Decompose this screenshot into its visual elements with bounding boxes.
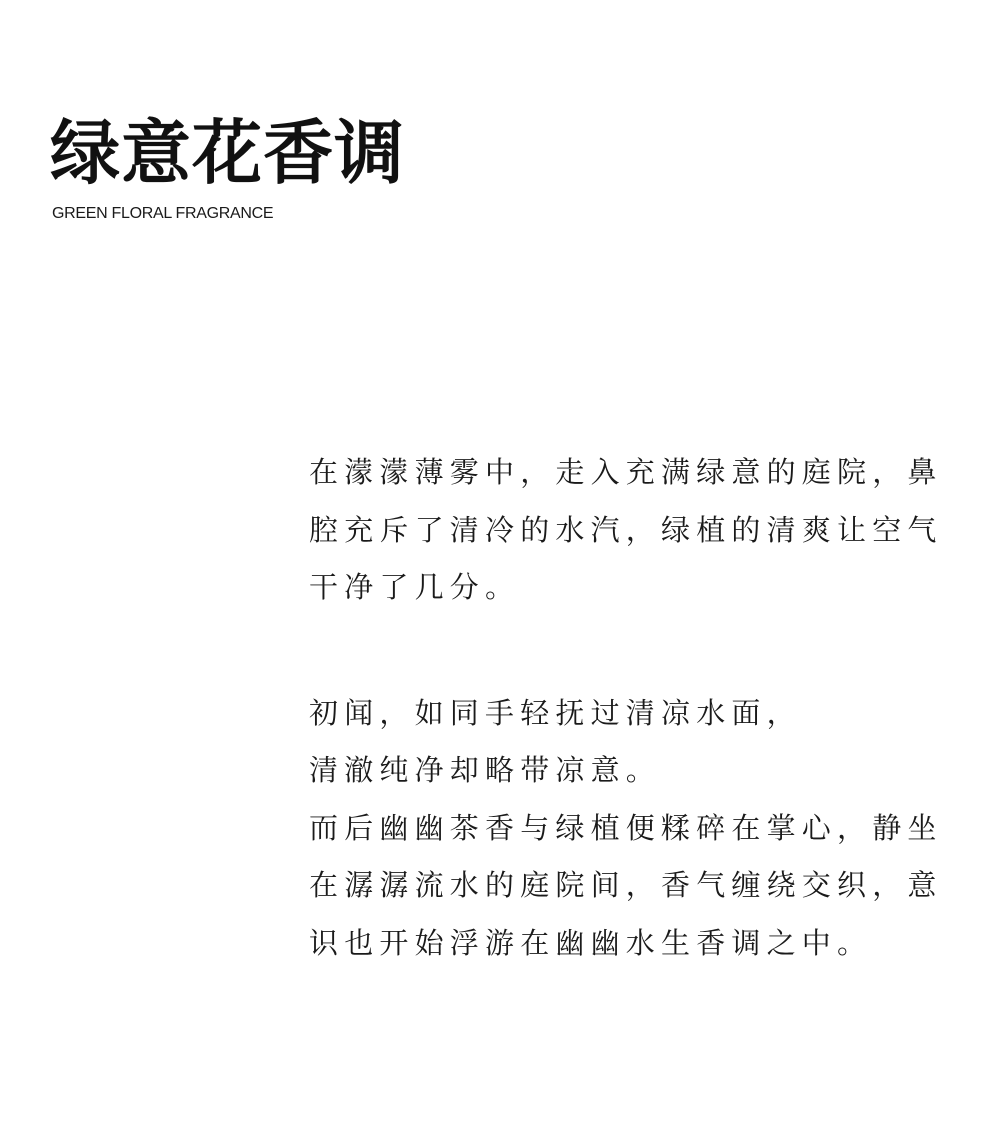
text-line: 腔充斥了清冷的水汽，绿植的清爽让空气 [309,502,949,560]
description-paragraph-2: 初闻，如同手轻抚过清凉水面， 清澈纯净却略带凉意。 而后幽幽茶香与绿植便糅碎在掌… [309,685,949,973]
description-body: 在濛濛薄雾中，走入充满绿意的庭院，鼻 腔充斥了清冷的水汽，绿植的清爽让空气 干净… [309,444,949,972]
text-line: 在濛濛薄雾中，走入充满绿意的庭院，鼻 [309,444,949,502]
text-line: 识也开始浮游在幽幽水生香调之中。 [309,915,949,973]
text-line: 而后幽幽茶香与绿植便糅碎在掌心，静坐 [309,800,949,858]
text-line: 清澈纯净却略带凉意。 [309,742,949,800]
description-paragraph-1: 在濛濛薄雾中，走入充满绿意的庭院，鼻 腔充斥了清冷的水汽，绿植的清爽让空气 干净… [309,444,949,617]
paragraph-spacer [309,617,949,685]
page-subtitle: GREEN FLORAL FRAGRANCE [52,204,273,224]
text-line: 干净了几分。 [309,559,949,617]
text-line: 初闻，如同手轻抚过清凉水面， [309,685,949,743]
text-line: 在潺潺流水的庭院间，香气缠绕交织，意 [309,857,949,915]
page-title: 绿意花香调 [50,108,405,198]
